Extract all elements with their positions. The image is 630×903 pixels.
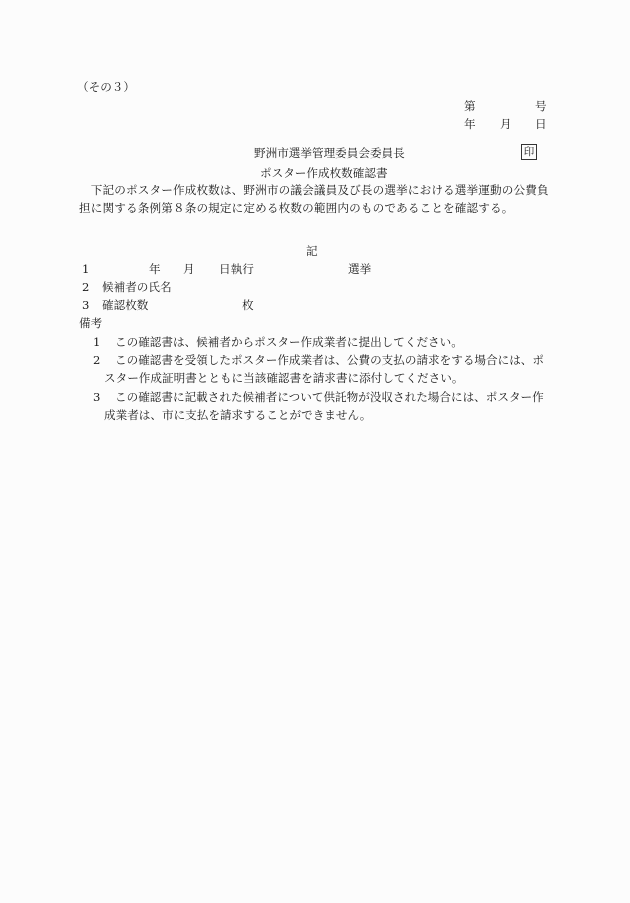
intro-line-1: 下記のポスター作成枚数は、野洲市の議会議員及び長の選挙における選挙運動の公費負 [79,183,549,197]
item-2-label: 候補者の氏名 [102,280,172,294]
remark-1-line-1: この確認書は、候補者からポスター作成業者に提出してください。 [115,335,463,349]
date-day-label: 日 [535,117,547,131]
item-1-year-label: 年 [149,262,161,276]
item-3-number: 3 [82,298,89,312]
ki-heading: 記 [306,244,318,258]
remarks-heading: 備考 [79,316,102,330]
item-1-month-label: 月 [183,262,195,276]
remark-1-number: 1 [93,335,100,349]
item-1-day-label: 日執行 [219,262,254,276]
date-month-label: 月 [500,117,512,131]
number-prefix: 第 [464,99,476,113]
remark-3-line-2: 成業者は、市に支払を請求することができません。 [104,408,371,422]
item-2-number: 2 [82,280,89,294]
remark-2-line-2: スター作成証明書とともに当該確認書を請求書に添付してください。 [104,371,463,385]
item-1-election-label: 選挙 [348,262,371,276]
remark-2-line-1: この確認書を受領したポスター作成業者は、公費の支払の請求をする場合には、ポ [115,353,544,367]
document-title: ポスター作成枚数確認書 [260,166,388,180]
item-1-number: 1 [82,262,89,276]
item-3-label: 確認枚数 [102,298,148,312]
intro-line-2: 担に関する条例第８条の規定に定める枚数の範囲内のものであることを確認する。 [79,201,549,215]
number-suffix: 号 [535,99,547,113]
remark-3-number: 3 [93,390,100,404]
remark-2-number: 2 [93,353,100,367]
remark-3-line-1: この確認書に記載された候補者について供託物が没収された場合には、ポスター作 [115,390,544,404]
item-3-unit: 枚 [242,298,254,312]
date-year-label: 年 [464,117,476,131]
document-page: （その３） 第 号 年 月 日 野洲市選挙管理委員会委員長 印 ポスター作成枚数… [0,0,630,903]
issuer-name: 野洲市選挙管理委員会委員長 [254,146,405,160]
seal-mark-icon: 印 [521,144,537,160]
form-label: （その３） [77,80,135,94]
